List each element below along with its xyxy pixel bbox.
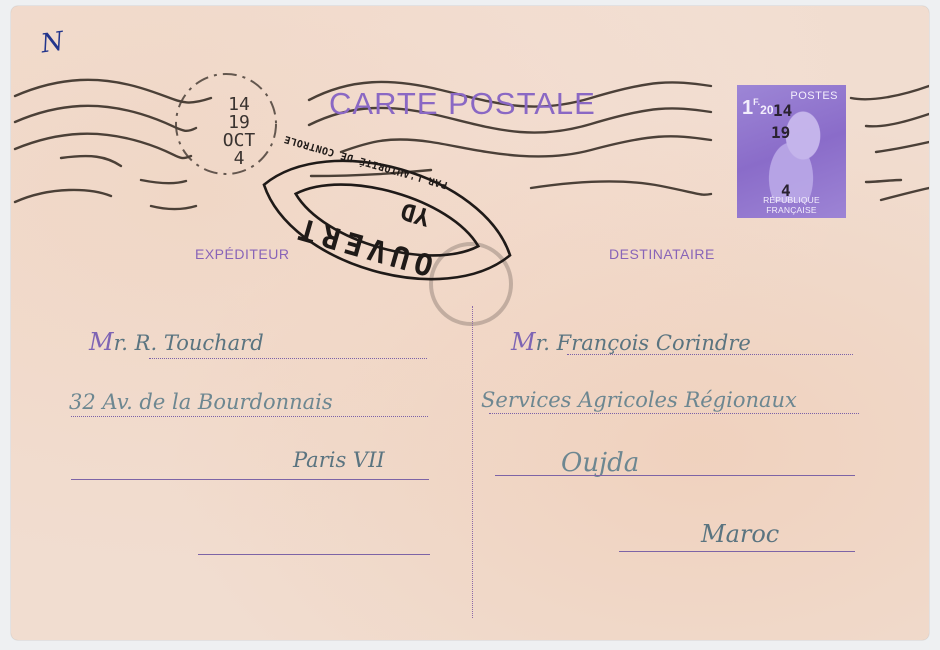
center-divider (472, 306, 473, 618)
recipient-address-line2: Oujda (561, 448, 639, 478)
sender-rule-2 (71, 416, 428, 417)
recipient-rule-4 (619, 551, 855, 552)
card-title: CARTE POSTALE (329, 86, 596, 122)
sender-salutation: M (89, 328, 114, 356)
recipient-address-line1: Services Agricoles Régionaux (481, 388, 797, 412)
recipient-address-line3: Maroc (701, 520, 779, 548)
sender-label: EXPÉDITEUR (195, 246, 289, 262)
recipient-salutation: M (511, 328, 536, 356)
sender-rule-3 (71, 479, 429, 480)
stamp-overprint-day: 14 (773, 101, 792, 120)
sender-rule-1 (149, 358, 427, 359)
recipient-name: r. François Corindre (536, 331, 751, 355)
postage-stamp: 1F.20 POSTES 14 19 4 RÉPUBLIQUE FRANÇAIS… (737, 85, 846, 218)
postmark-date: 14 19 OCT 4 (219, 96, 259, 168)
postcard: N CARTE P (11, 6, 929, 640)
recipient-rule-3 (495, 475, 855, 476)
sender-name: r. R. Touchard (114, 331, 264, 355)
stamp-country: RÉPUBLIQUE FRANÇAISE (737, 195, 846, 215)
stamp-iris-figure (755, 107, 835, 202)
postmark-year-suffix: 4 (219, 150, 259, 168)
sender-name-line: Mr. R. Touchard (89, 328, 264, 356)
stamp-postes: POSTES (790, 90, 838, 102)
sender-address-line2: Paris VII (293, 448, 385, 472)
recipient-name-line: Mr. François Corindre (511, 328, 751, 356)
recipient-rule-2 (489, 413, 859, 414)
sender-address-line1: 32 Av. de la Bourdonnais (69, 390, 333, 414)
recipient-rule-1 (567, 354, 853, 355)
stamp-overprint-year: 19 (771, 123, 790, 142)
recipient-label: DESTINATAIRE (609, 246, 715, 262)
sender-rule-4 (198, 554, 430, 555)
stamp-value: 1F.20 (742, 97, 774, 120)
